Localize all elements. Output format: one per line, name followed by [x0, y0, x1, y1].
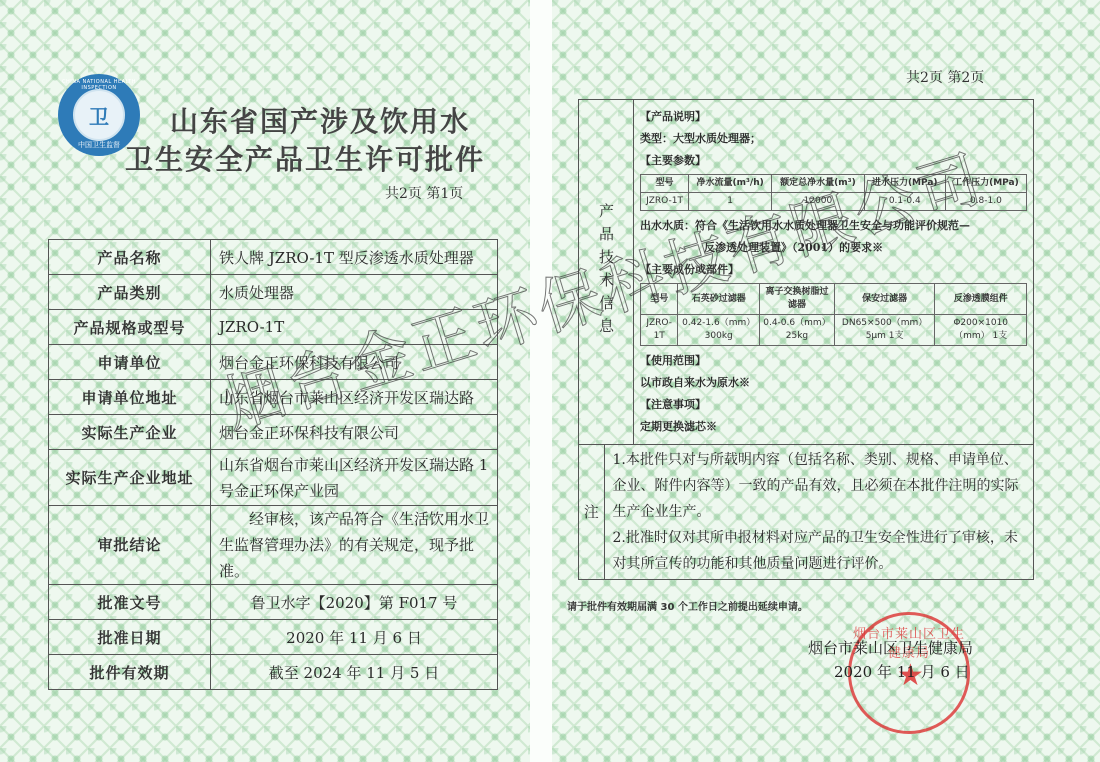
- column-header: 净水流量(m³/h): [689, 175, 772, 193]
- section-label: 产品技术信息: [579, 100, 634, 444]
- caution-heading: 【注意事项】: [640, 394, 1027, 416]
- table-cell: 0.8-1.0: [945, 193, 1026, 211]
- applicant-address-value: 山东省烟台市莱山区经济开发区瑞达路: [211, 380, 498, 415]
- document-title-line-1: 山东省国产涉及饮用水: [145, 100, 495, 140]
- table-cell: Φ200×1010（mm） 1支: [935, 315, 1027, 346]
- table-row: 批准日期2020 年 11 月 6 日: [49, 620, 498, 655]
- table-row: JZRO-1T 1 12000 0.1-0.4 0.8-1.0: [641, 193, 1027, 211]
- column-header: 型号: [641, 284, 678, 315]
- field-label: 产品规格或型号: [49, 310, 211, 345]
- emblem-glyph: 卫: [89, 101, 109, 130]
- note-item-2: 2.批准时仅对其所申报材料对应产品的卫生安全性进行了审核，未对其所宣传的功能和其…: [613, 525, 1026, 577]
- components-header-row: 型号 石英砂过滤器 离子交换树脂过滤器 保安过滤器 反渗透膜组件: [641, 284, 1027, 315]
- emblem-ring-text-en: CHINA NATIONAL HEALTH INSPECTION: [58, 79, 140, 91]
- emblem-center: 卫: [73, 89, 125, 141]
- field-label: 批准文号: [49, 585, 211, 620]
- column-header: 工作压力(MPa): [945, 175, 1026, 193]
- product-name-value: 铁人牌 JZRO-1T 型反渗透水质处理器: [211, 240, 498, 275]
- usage-heading: 【使用范围】: [640, 350, 1027, 372]
- table-cell: 0.42-1.6（mm） 300kg: [678, 315, 760, 346]
- issue-date: 2020 年 11 月 6 日: [834, 661, 970, 682]
- page-indicator-1: 共2页 第1页: [385, 183, 463, 203]
- product-type: 类型：大型水质处理器；: [640, 128, 1027, 150]
- validity-period-value: 截至 2024 年 11 月 5 日: [211, 655, 498, 690]
- table-row: 批准文号鲁卫水字【2020】第 F017 号: [49, 585, 498, 620]
- params-table: 型号 净水流量(m³/h) 额定总净水量(m³) 进水压力(MPa) 工作压力(…: [640, 174, 1027, 211]
- manufacturer-address-value: 山东省烟台市莱山区经济开发区瑞达路 1号金正环保产业园: [211, 450, 498, 506]
- table-row: 产品规格或型号JZRO-1T: [49, 310, 498, 345]
- field-label: 批件有效期: [49, 655, 211, 690]
- table-row: 申请单位烟台金正环保科技有限公司: [49, 345, 498, 380]
- params-heading: 【主要参数】: [640, 150, 1027, 172]
- product-desc-heading: 【产品说明】: [640, 106, 1027, 128]
- approval-date-value: 2020 年 11 月 6 日: [211, 620, 498, 655]
- table-row: JZRO-1T 0.42-1.6（mm） 300kg 0.4-0.6（mm） 2…: [641, 315, 1027, 346]
- column-header: 离子交换树脂过滤器: [760, 284, 835, 315]
- note-item-1: 1.本批件只对与所载明内容（包括名称、类别、规格、申请单位、企业、附件内容等）一…: [613, 447, 1026, 525]
- product-model-value: JZRO-1T: [211, 310, 498, 345]
- caution-text: 定期更换滤芯※: [640, 416, 1027, 438]
- table-cell: DN65×500（mm） 5μm 1支: [834, 315, 935, 346]
- column-header: 额定总净水量(m³): [772, 175, 865, 193]
- column-header: 反渗透膜组件: [935, 284, 1027, 315]
- table-cell: 0.4-0.6（mm） 25kg: [760, 315, 835, 346]
- field-label: 实际生产企业地址: [49, 450, 211, 506]
- table-row: 产品类别水质处理器: [49, 275, 498, 310]
- page-gutter: [530, 0, 552, 762]
- components-heading: 【主要成份或部件】: [640, 259, 1027, 281]
- table-cell: 12000: [772, 193, 865, 211]
- technical-info-frame: 产品技术信息 【产品说明】 类型：大型水质处理器； 【主要参数】 型号 净水流量…: [578, 99, 1034, 580]
- manufacturer-value: 烟台金正环保科技有限公司: [211, 415, 498, 450]
- outlet-quality-line-2: 反渗透处理装置》（2001）的要求※: [640, 237, 1027, 259]
- field-label: 产品名称: [49, 240, 211, 275]
- page-indicator-2: 共2页 第2页: [906, 67, 984, 87]
- approval-info-table: 产品名称铁人牌 JZRO-1T 型反渗透水质处理器 产品类别水质处理器 产品规格…: [48, 239, 498, 690]
- column-header: 进水压力(MPa): [864, 175, 945, 193]
- renewal-footnote: 请于批件有效期届满 30 个工作日之前提出延续申请。: [567, 598, 808, 613]
- notes-label: 注: [579, 445, 605, 579]
- table-cell: 0.1-0.4: [864, 193, 945, 211]
- field-label: 申请单位地址: [49, 380, 211, 415]
- issuing-authority: 烟台市莱山区卫生健康局: [808, 637, 973, 658]
- components-table: 型号 石英砂过滤器 离子交换树脂过滤器 保安过滤器 反渗透膜组件 JZRO-1T…: [640, 283, 1027, 346]
- table-row: 实际生产企业地址山东省烟台市莱山区经济开发区瑞达路 1号金正环保产业园: [49, 450, 498, 506]
- column-header: 石英砂过滤器: [678, 284, 760, 315]
- table-cell: JZRO-1T: [641, 315, 678, 346]
- column-header: 保安过滤器: [834, 284, 935, 315]
- field-label: 申请单位: [49, 345, 211, 380]
- applicant-value: 烟台金正环保科技有限公司: [211, 345, 498, 380]
- approval-number-value: 鲁卫水字【2020】第 F017 号: [211, 585, 498, 620]
- table-row: 批件有效期截至 2024 年 11 月 5 日: [49, 655, 498, 690]
- field-label: 审批结论: [49, 506, 211, 585]
- table-cell: JZRO-1T: [641, 193, 689, 211]
- table-row: 申请单位地址山东省烟台市莱山区经济开发区瑞达路: [49, 380, 498, 415]
- product-tech-info-section: 产品技术信息 【产品说明】 类型：大型水质处理器； 【主要参数】 型号 净水流量…: [579, 100, 1033, 445]
- field-label: 实际生产企业: [49, 415, 211, 450]
- column-header: 型号: [641, 175, 689, 193]
- params-header-row: 型号 净水流量(m³/h) 额定总净水量(m³) 进水压力(MPa) 工作压力(…: [641, 175, 1027, 193]
- table-row: 审批结论经审核，该产品符合《生活饮用水卫生监督管理办法》的有关规定，现予批准。: [49, 506, 498, 585]
- table-row: 产品名称铁人牌 JZRO-1T 型反渗透水质处理器: [49, 240, 498, 275]
- field-label: 批准日期: [49, 620, 211, 655]
- table-cell: 1: [689, 193, 772, 211]
- document-title-line-2: 卫生安全产品卫生许可批件: [95, 138, 515, 178]
- usage-text: 以市政自来水为原水※: [640, 372, 1027, 394]
- table-row: 实际生产企业烟台金正环保科技有限公司: [49, 415, 498, 450]
- outlet-quality-line-1: 出水水质：符合《生活饮用水水质处理器卫生安全与功能评价规范—: [640, 215, 1027, 237]
- product-category-value: 水质处理器: [211, 275, 498, 310]
- notes-section: 注 1.本批件只对与所载明内容（包括名称、类别、规格、申请单位、企业、附件内容等…: [579, 445, 1033, 579]
- field-label: 产品类别: [49, 275, 211, 310]
- approval-conclusion-value: 经审核，该产品符合《生活饮用水卫生监督管理办法》的有关规定，现予批准。: [211, 506, 498, 585]
